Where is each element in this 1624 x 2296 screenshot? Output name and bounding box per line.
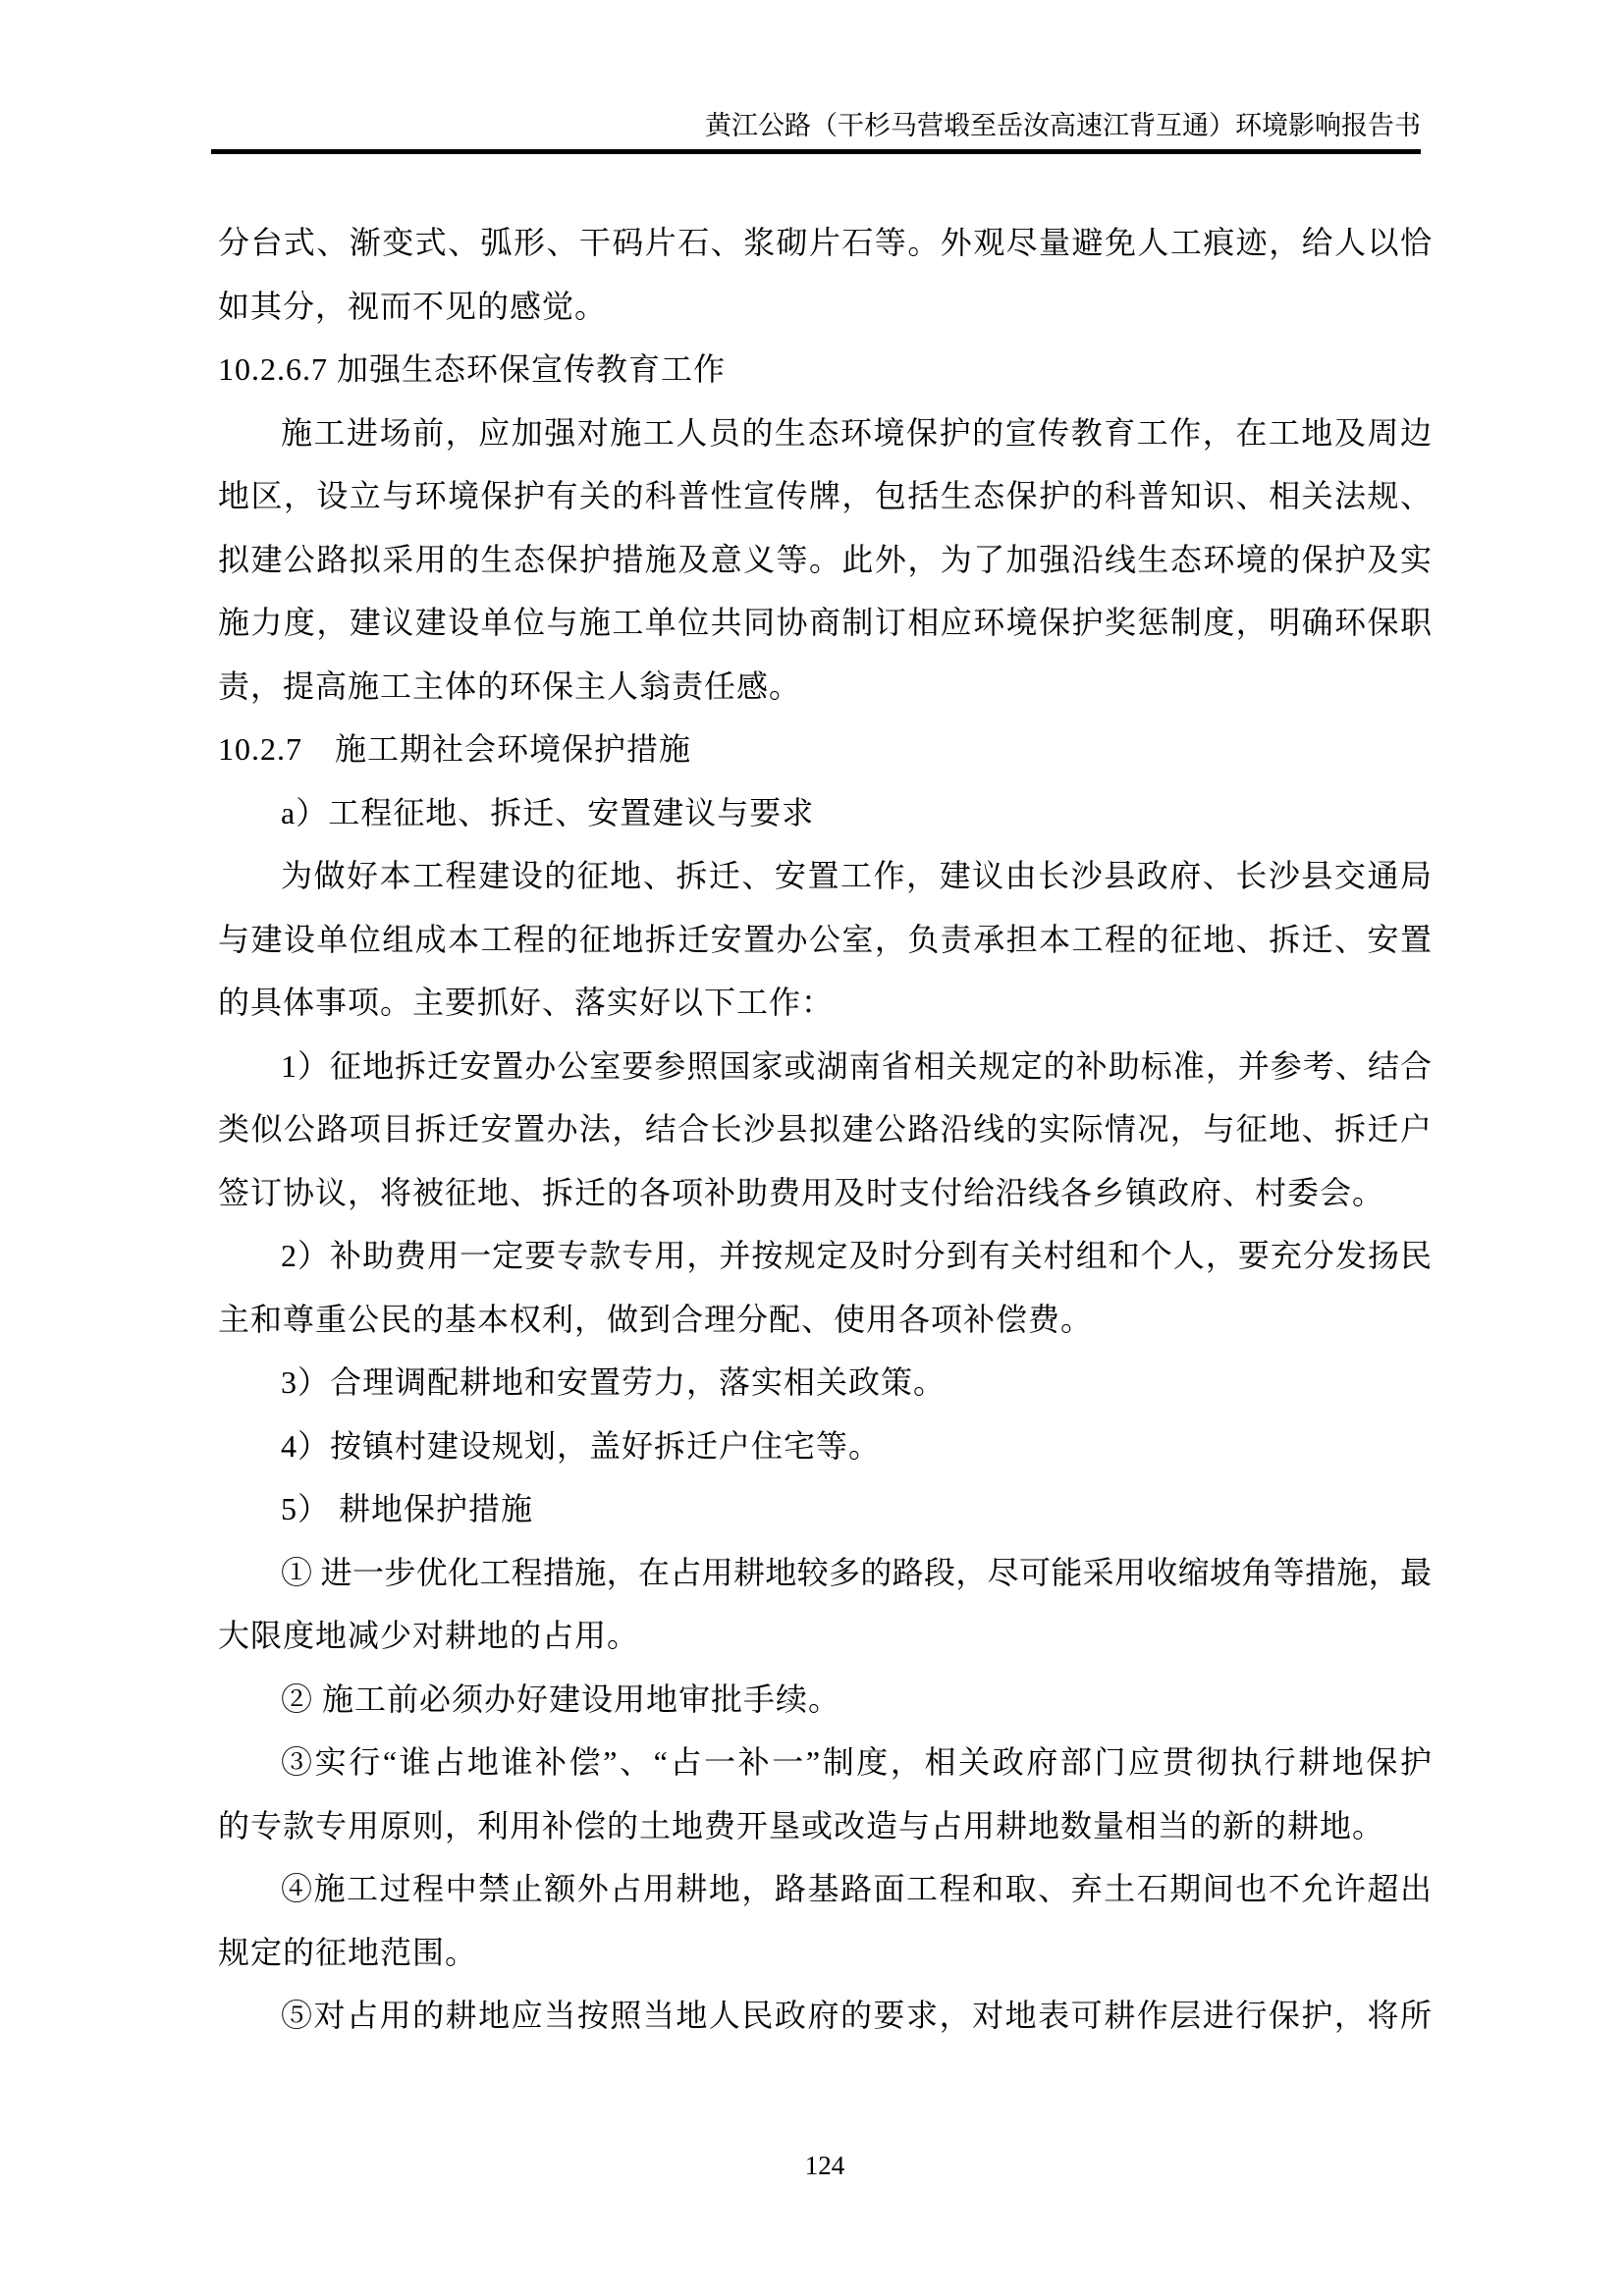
body-line: 主和尊重公民的基本权利，做到合理分配、使用各项补偿费。: [218, 1288, 1432, 1352]
header-title: 黄江公路（干杉马营塅至岳汝高速江背互通）环境影响报告书: [211, 110, 1421, 141]
body-line: 施工进场前，应加强对施工人员的生态环境保护的宣传教育工作，在工地及周边: [218, 401, 1432, 465]
body-line: 如其分，视而不见的感觉。: [218, 275, 1432, 339]
header-rule: [211, 149, 1421, 154]
body-line: a）工程征地、拆迁、安置建议与要求: [218, 781, 1432, 845]
body-line: ② 施工前必须办好建设用地审批手续。: [218, 1668, 1432, 1732]
body-line: ④施工过程中禁止额外占用耕地，路基路面工程和取、弃土石期间也不允许超出: [218, 1857, 1432, 1921]
body-line: 拟建公路拟采用的生态保护措施及意义等。此外，为了加强沿线生态环境的保护及实: [218, 528, 1432, 592]
body-line: 1）征地拆迁安置办公室要参照国家或湖南省相关规定的补助标准，并参考、结合: [218, 1035, 1432, 1098]
page-header: 黄江公路（干杉马营塅至岳汝高速江背互通）环境影响报告书: [211, 110, 1421, 154]
body-line: 2）补助费用一定要专款专用，并按规定及时分到有关村组和个人，要充分发扬民: [218, 1224, 1432, 1288]
body-line: 的具体事项。主要抓好、落实好以下工作：: [218, 971, 1432, 1035]
document-page: 黄江公路（干杉马营塅至岳汝高速江背互通）环境影响报告书 分台式、渐变式、弧形、干…: [0, 0, 1624, 2296]
body-line: 与建设单位组成本工程的征地拆迁安置办公室，负责承担本工程的征地、拆迁、安置: [218, 908, 1432, 972]
body-line: 5） 耕地保护措施: [218, 1477, 1432, 1541]
body-line: 地区，设立与环境保护有关的科普性宣传牌，包括生态保护的科普知识、相关法规、: [218, 464, 1432, 528]
body-line: 类似公路项目拆迁安置办法，结合长沙县拟建公路沿线的实际情况，与征地、拆迁户: [218, 1097, 1432, 1161]
body-line: ① 进一步优化工程措施，在占用耕地较多的路段，尽可能采用收缩坡角等措施，最: [218, 1541, 1432, 1605]
body-line: 规定的征地范围。: [218, 1921, 1432, 1985]
body-line: 施力度，建议建设单位与施工单位共同协商制订相应环境保护奖惩制度，明确环保职: [218, 591, 1432, 655]
body-line: 的专款专用原则，利用补偿的土地费开垦或改造与占用耕地数量相当的新的耕地。: [218, 1794, 1432, 1858]
body-line: 分台式、渐变式、弧形、干码片石、浆砌片石等。外观尽量避免人工痕迹，给人以恰: [218, 211, 1432, 275]
body-line: 签订协议，将被征地、拆迁的各项补助费用及时支付给沿线各乡镇政府、村委会。: [218, 1161, 1432, 1225]
body-line: 4）按镇村建设规划，盖好拆迁户住宅等。: [218, 1415, 1432, 1478]
body-line: 大限度地减少对耕地的占用。: [218, 1604, 1432, 1668]
body-line: ③实行“谁占地谁补偿”、“占一补一”制度，相关政府部门应贯彻执行耕地保护: [218, 1731, 1432, 1794]
body-line: ⑤对占用的耕地应当按照当地人民政府的要求，对地表可耕作层进行保护，将所: [218, 1984, 1432, 2048]
body-line: 10.2.7 施工期社会环境保护措施: [218, 718, 1432, 781]
body-line: 责，提高施工主体的环保主人翁责任感。: [218, 655, 1432, 719]
body-line: 10.2.6.7 加强生态环保宣传教育工作: [218, 338, 1432, 401]
page-number: 124: [218, 2146, 1432, 2185]
body-line: 3）合理调配耕地和安置劳力，落实相关政策。: [218, 1351, 1432, 1415]
body-text: 分台式、渐变式、弧形、干码片石、浆砌片石等。外观尽量避免人工痕迹，给人以恰如其分…: [218, 211, 1432, 2048]
body-line: 为做好本工程建设的征地、拆迁、安置工作，建议由长沙县政府、长沙县交通局: [218, 844, 1432, 908]
